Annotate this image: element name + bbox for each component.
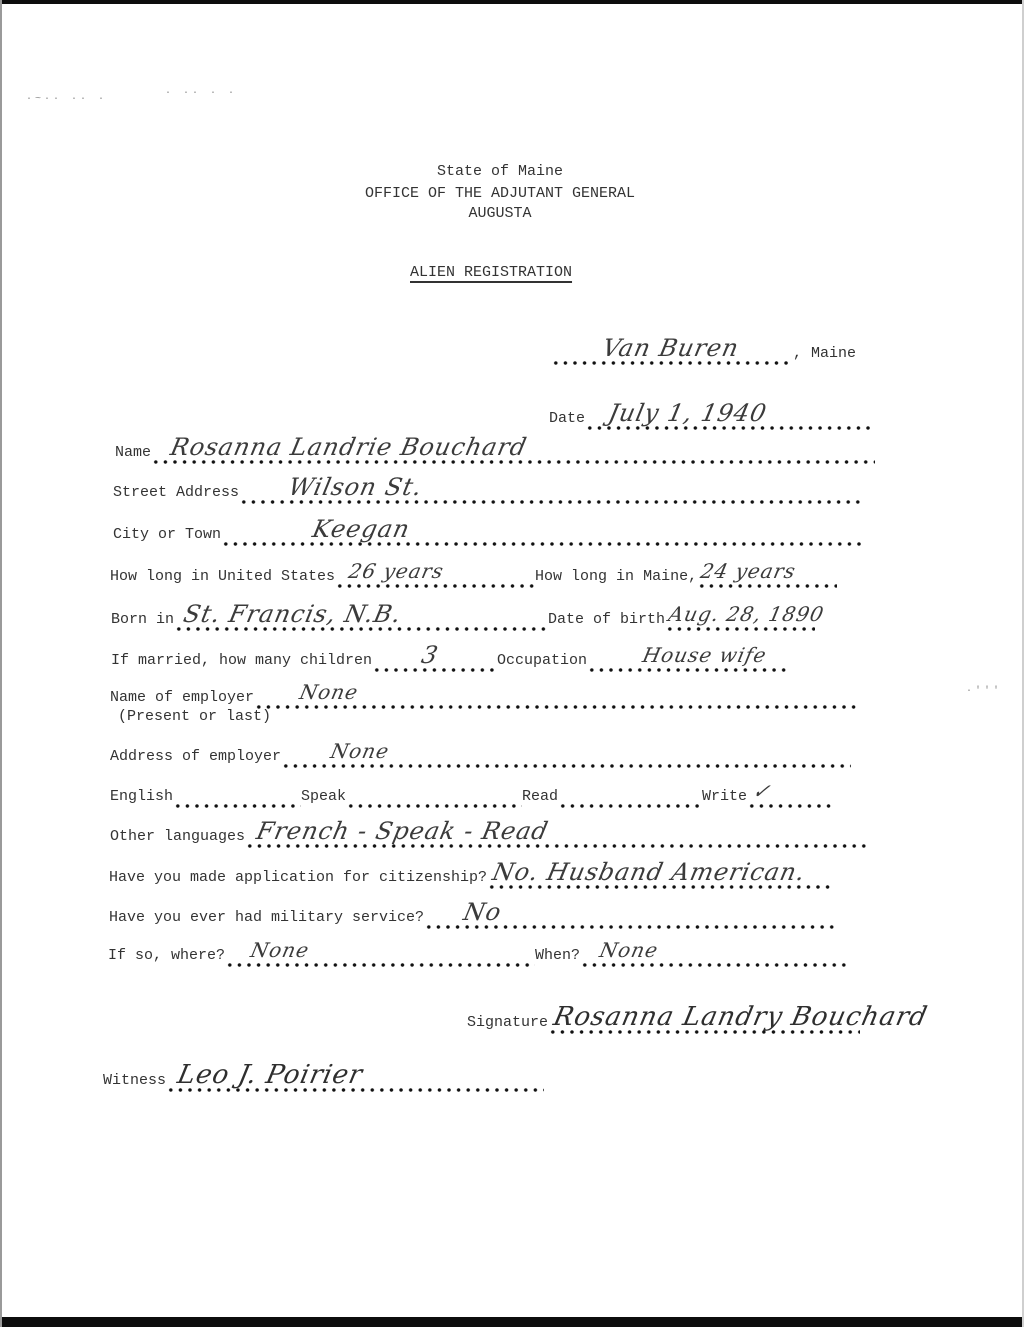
how-long-maine-value: 24 years xyxy=(699,560,798,582)
when-field[interactable]: None xyxy=(580,945,850,967)
write-field[interactable]: ✓ xyxy=(747,786,832,808)
date-of-birth-label: Date of birth xyxy=(548,609,665,631)
occupation-label: Occupation xyxy=(497,650,587,672)
speak-label: Speak xyxy=(301,786,346,808)
witness-field[interactable]: Leo J. Poirier xyxy=(166,1070,544,1092)
write-label: Write xyxy=(702,786,747,808)
employer-address-value: None xyxy=(329,740,392,762)
signature-label: Signature xyxy=(467,1012,548,1034)
children-value: 3 xyxy=(420,644,441,666)
signature-row: Signature Rosanna Landry Bouchard xyxy=(467,1012,860,1034)
street-address-value: Wilson St. xyxy=(287,476,425,498)
witness-value: Leo J. Poirier xyxy=(176,1064,365,1086)
family-row: If married, how many children 3 Occupati… xyxy=(111,650,787,672)
name-row: Name Rosanna Landrie Bouchard xyxy=(115,442,875,464)
where-field[interactable]: None xyxy=(225,945,535,967)
date-value: July 1, 1940 xyxy=(607,402,769,424)
how-long-maine-label: How long in Maine, xyxy=(535,566,697,588)
when-value: None xyxy=(598,939,661,961)
birth-row: Born in St. Francis, N.B. Date of birth … xyxy=(111,609,815,631)
employer-address-label: Address of employer xyxy=(110,746,281,768)
service-details-row: If so, where? None When? None xyxy=(108,945,850,967)
english-field[interactable] xyxy=(173,786,301,808)
how-long-maine-field[interactable]: 24 years xyxy=(697,566,837,588)
header-office: OFFICE OF THE ADJUTANT GENERAL xyxy=(0,184,1012,204)
born-in-field[interactable]: St. Francis, N.B. xyxy=(174,609,548,631)
born-in-value: St. Francis, N.B. xyxy=(182,603,404,625)
street-address-field[interactable]: Wilson St. xyxy=(239,482,861,504)
read-field[interactable] xyxy=(558,786,702,808)
where-value: None xyxy=(249,939,312,961)
other-languages-field[interactable]: French - Speak - Read xyxy=(245,826,867,848)
form-title: ALIEN REGISTRATION xyxy=(410,264,572,281)
town-value: Van Buren xyxy=(601,337,741,359)
citizenship-value: No. Husband American. xyxy=(491,861,808,883)
signature-field[interactable]: Rosanna Landry Bouchard xyxy=(548,1012,860,1034)
date-field[interactable]: July 1, 1940 xyxy=(585,408,875,430)
military-label: Have you ever had military service? xyxy=(109,907,424,929)
read-label: Read xyxy=(522,786,558,808)
when-label: When? xyxy=(535,945,580,967)
children-label: If married, how many children xyxy=(111,650,372,672)
how-long-us-label: How long in United States xyxy=(110,566,335,588)
military-field[interactable]: No xyxy=(424,907,839,929)
street-address-label: Street Address xyxy=(113,482,239,504)
date-row: Date July 1, 1940 xyxy=(549,408,875,430)
citizenship-label: Have you made application for citizenshi… xyxy=(109,867,487,889)
how-long-us-value: 26 years xyxy=(347,560,446,582)
employer-address-field[interactable]: None xyxy=(281,746,851,768)
town-row: Van Buren , Maine xyxy=(551,343,856,365)
citizenship-field[interactable]: No. Husband American. xyxy=(487,867,832,889)
occupation-field[interactable]: House wife xyxy=(587,650,787,672)
where-label: If so, where? xyxy=(108,945,225,967)
date-of-birth-value: Aug. 28, 1890 xyxy=(667,603,827,625)
english-row: EnglishSpeakReadWrite ✓ xyxy=(110,786,832,808)
witness-row: Witness Leo J. Poirier xyxy=(103,1070,544,1092)
children-field[interactable]: 3 xyxy=(372,650,497,672)
how-long-row: How long in United States 26 years How l… xyxy=(110,566,837,588)
header-state: State of Maine xyxy=(0,162,1012,182)
date-of-birth-field[interactable]: Aug. 28, 1890 xyxy=(665,609,815,631)
name-value: Rosanna Landrie Bouchard xyxy=(169,436,529,458)
town-field[interactable]: Van Buren xyxy=(551,343,793,365)
date-label: Date xyxy=(549,408,585,430)
scan-border-bottom xyxy=(0,1317,1024,1327)
other-languages-label: Other languages xyxy=(110,826,245,848)
name-label: Name xyxy=(115,442,151,464)
employer-address-row: Address of employer None xyxy=(110,746,851,768)
scan-border-top xyxy=(0,0,1024,4)
how-long-us-field[interactable]: 26 years xyxy=(335,566,535,588)
signature-value: Rosanna Landry Bouchard xyxy=(552,1006,930,1028)
other-languages-value: French - Speak - Read xyxy=(255,820,551,842)
city-row: City or Town Keegan xyxy=(113,524,861,546)
town-suffix: , Maine xyxy=(793,343,856,365)
other-languages-row: Other languages French - Speak - Read xyxy=(110,826,867,848)
city-field[interactable]: Keegan xyxy=(221,524,861,546)
speak-field[interactable] xyxy=(346,786,522,808)
name-field[interactable]: Rosanna Landrie Bouchard xyxy=(151,442,875,464)
street-address-row: Street Address Wilson St. xyxy=(113,482,861,504)
occupation-value: House wife xyxy=(641,644,769,666)
city-label: City or Town xyxy=(113,524,221,546)
city-value: Keegan xyxy=(311,518,413,540)
employer-name-value: None xyxy=(298,681,361,703)
witness-label: Witness xyxy=(103,1070,166,1092)
write-checkmark: ✓ xyxy=(751,780,773,802)
scan-smudge: ·''' xyxy=(966,686,1002,697)
scan-smudge: ·~·· ·· · xyxy=(26,94,107,105)
scan-smudge: · ·· · · xyxy=(165,88,237,99)
employer-name-field[interactable]: None xyxy=(254,687,860,709)
born-in-label: Born in xyxy=(111,609,174,631)
employer-sublabel: (Present or last) xyxy=(118,706,271,728)
military-row: Have you ever had military service? No xyxy=(109,907,839,929)
english-label: English xyxy=(110,786,173,808)
military-value: No xyxy=(462,901,504,923)
citizenship-row: Have you made application for citizenshi… xyxy=(109,867,832,889)
header-city: AUGUSTA xyxy=(0,204,1012,224)
